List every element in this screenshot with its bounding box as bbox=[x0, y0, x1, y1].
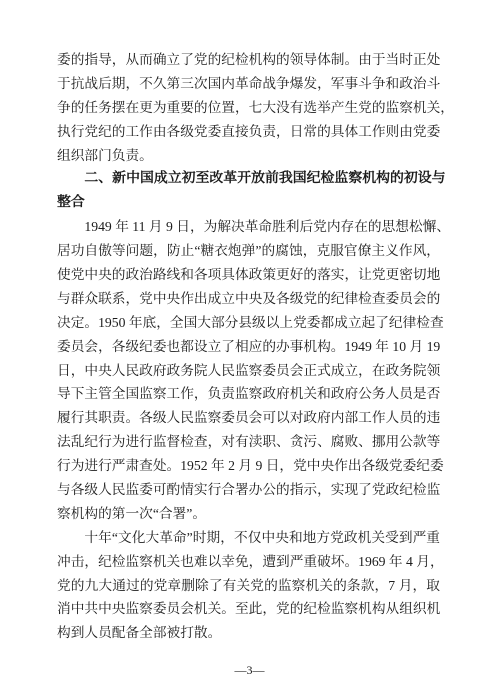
text-line: 组织部门负责。 bbox=[57, 144, 440, 168]
heading-line: 整合 bbox=[57, 191, 440, 215]
text-line: 与各级人民监委可酌情实行合署办公的指示，实现了党政纪检监 bbox=[57, 478, 440, 502]
text-line: 法乱纪行为进行监督检查，对有渎职、贪污、腐败、挪用公款等 bbox=[57, 430, 440, 454]
text-line: 1949 年 11 月 9 日，为解决革命胜利后党内存在的思想松懈、 bbox=[57, 215, 440, 239]
text-line: 与群众联系，党中央作出成立中央及各级党的纪律检查委员会的 bbox=[57, 287, 440, 311]
text-line: 于抗战后期，不久第三次国内革命战争爆发，军事斗争和政治斗 bbox=[57, 72, 440, 96]
text-line: 决定。1950 年底，全国大部分县级以上党委都成立起了纪律检查 bbox=[57, 311, 440, 335]
text-line: 行为进行严肃查处。1952 年 2 月 9 日，党中央作出各级党委纪委 bbox=[57, 454, 440, 478]
text-line: 构到人员配备全部被打散。 bbox=[57, 621, 440, 645]
text-line: 使党中央的政治路线和各项具体政策更好的落实，让党更密切地 bbox=[57, 263, 440, 287]
text-line: 居功自傲等问题，防止“糖衣炮弹”的腐蚀，克服官僚主义作风， bbox=[57, 239, 440, 263]
text-line: 消中共中央监察委员会机关。至此，党的纪检监察机构从组织机 bbox=[57, 597, 440, 621]
heading-line: 二、新中国成立初至改革开放前我国纪检监察机构的初设与 bbox=[57, 167, 440, 191]
text-line: 执行党纪的工作由各级党委直接负责，日常的具体工作则由党委 bbox=[57, 120, 440, 144]
paragraph-cultural-revolution: 十年“文化大革命”时期，不仅中央和地方党政机关受到严重 冲击，纪检监察机关也难以… bbox=[57, 526, 440, 645]
section-heading: 二、新中国成立初至改革开放前我国纪检监察机构的初设与 整合 bbox=[57, 167, 440, 215]
text-line: 党的九大通过的党章删除了有关党的监察机关的条款，7 月，取 bbox=[57, 574, 440, 598]
paragraph-founding-period: 1949 年 11 月 9 日，为解决革命胜利后党内存在的思想松懈、 居功自傲等… bbox=[57, 215, 440, 526]
text-line: 冲击，纪检监察机关也难以幸免，遭到严重破坏。1969 年 4 月， bbox=[57, 550, 440, 574]
text-line: 察机构的第一次“合署”。 bbox=[57, 502, 440, 526]
text-line: 争的任务摆在更为重要的位置，七大没有选举产生党的监察机关， bbox=[57, 96, 440, 120]
text-line: 导下主管全国监察工作，负责监察政府机关和政府公务人员是否 bbox=[57, 382, 440, 406]
paragraph-continuation: 委的指导，从而确立了党的纪检机构的领导体制。由于当时正处 于抗战后期，不久第三次… bbox=[57, 48, 440, 167]
text-line: 十年“文化大革命”时期，不仅中央和地方党政机关受到严重 bbox=[57, 526, 440, 550]
text-line: 履行其职责。各级人民监察委员会可以对政府内部工作人员的违 bbox=[57, 406, 440, 430]
page-body: 委的指导，从而确立了党的纪检机构的领导体制。由于当时正处 于抗战后期，不久第三次… bbox=[57, 48, 440, 645]
text-line: 委的指导，从而确立了党的纪检机构的领导体制。由于当时正处 bbox=[57, 48, 440, 72]
page-number: —3— bbox=[0, 660, 499, 680]
text-line: 日，中央人民政府政务院人民监察委员会正式成立，在政务院领 bbox=[57, 359, 440, 383]
text-line: 委员会，各级纪委也都设立了相应的办事机构。1949 年 10 月 19 bbox=[57, 335, 440, 359]
